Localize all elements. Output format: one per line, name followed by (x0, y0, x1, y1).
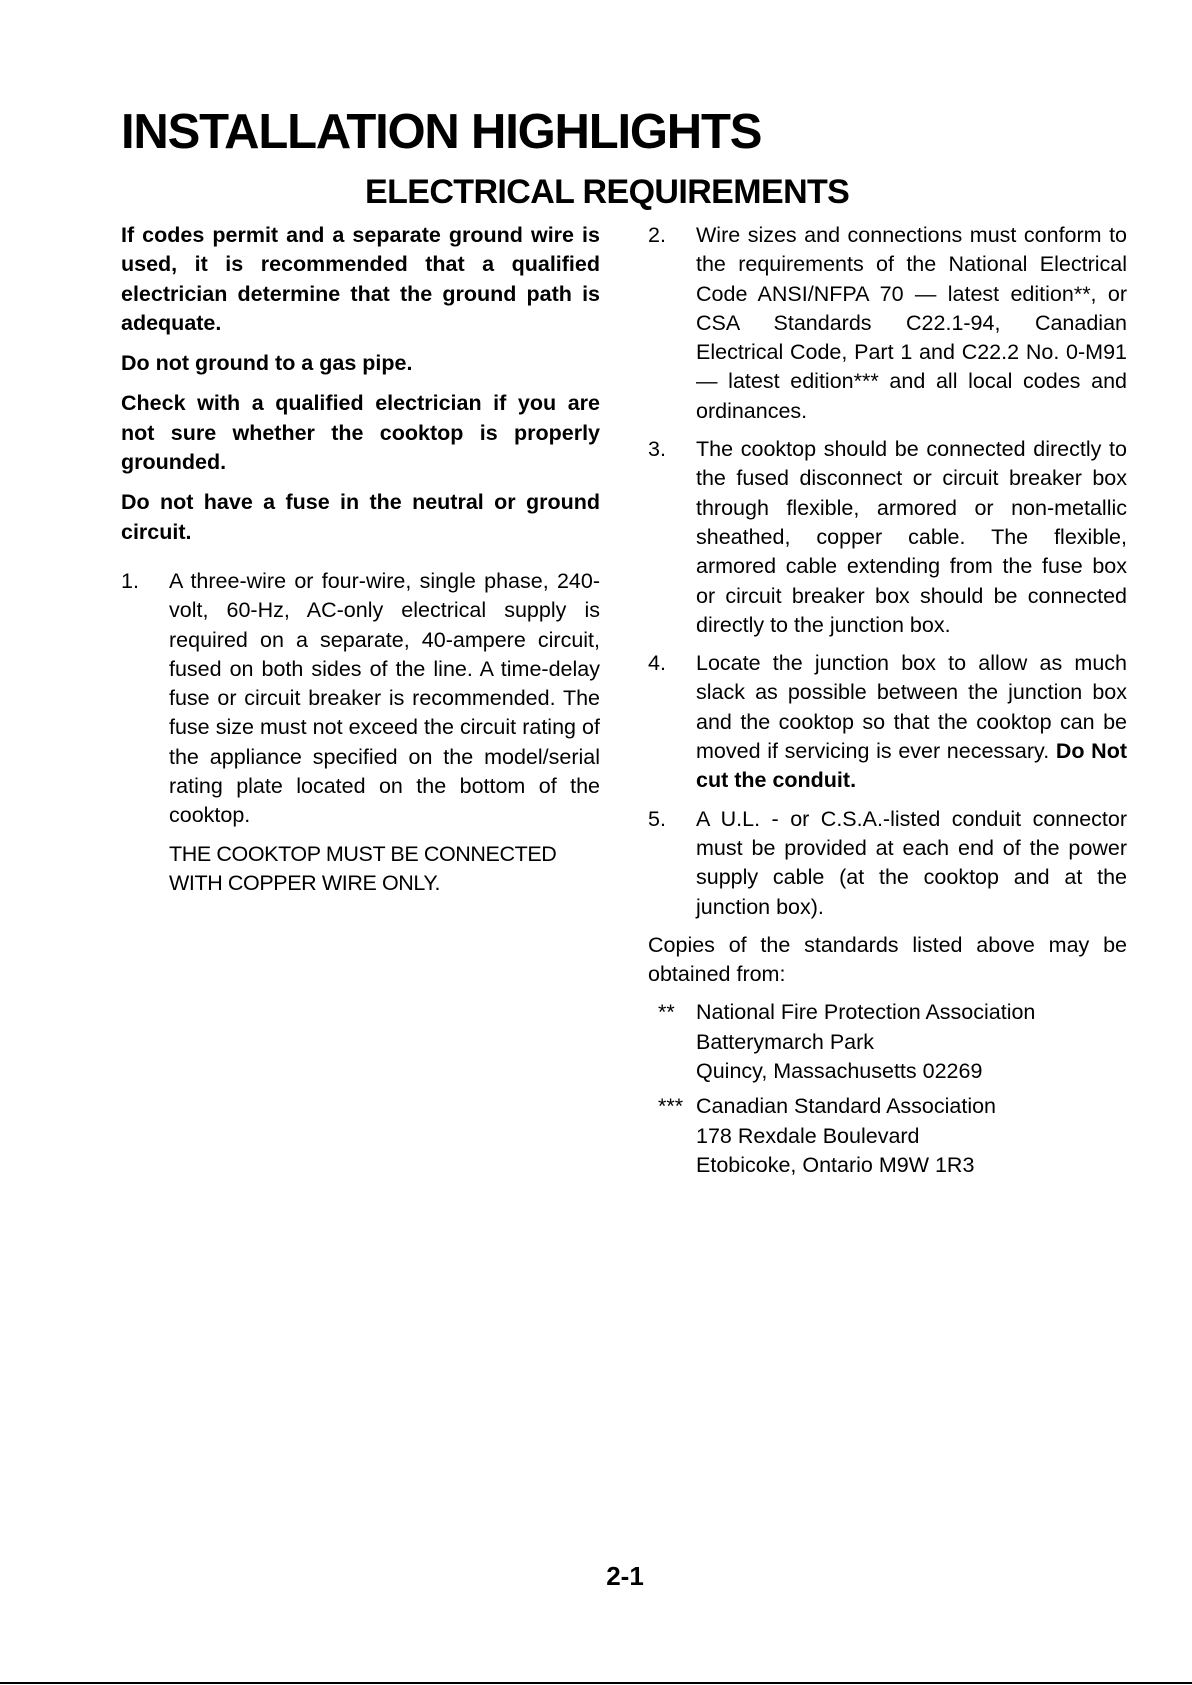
list-number: 5. (648, 805, 666, 834)
right-column: 2. Wire sizes and connections must confo… (648, 221, 1127, 1186)
footnote-mark: *** (658, 1092, 683, 1121)
section-title: ELECTRICAL REQUIREMENTS (365, 172, 849, 212)
warning-check-electrician: Check with a qualified electrician if yo… (121, 389, 600, 477)
list-item-text: A U.L. - or C.S.A.-listed conduit connec… (696, 805, 1127, 922)
list-item-text: Wire sizes and connections must conform … (696, 221, 1127, 426)
list-number: 4. (648, 649, 666, 678)
address-csa: *** Canadian Standard Association 178 Re… (648, 1092, 1127, 1180)
list-number: 1. (121, 567, 139, 596)
copies-text: Copies of the standards listed above may… (648, 931, 1127, 990)
list-number: 3. (648, 435, 666, 464)
list-item-1: 1. A three-wire or four-wire, single pha… (121, 567, 600, 898)
address-line: 178 Rexdale Boulevard (696, 1122, 1127, 1151)
address-line: Batterymarch Park (696, 1028, 1127, 1057)
address-line: National Fire Protection Association (696, 998, 1127, 1027)
footnote-mark: ** (658, 998, 675, 1027)
address-line: Quincy, Massachusetts 02269 (696, 1057, 1127, 1086)
warning-gas-pipe: Do not ground to a gas pipe. (121, 349, 600, 378)
address-line: Canadian Standard Association (696, 1092, 1127, 1121)
list-item-text-wrapper: Locate the junction box to allow as much… (696, 649, 1127, 795)
bottom-divider (0, 1682, 1192, 1684)
page-number: 2-1 (0, 1560, 1192, 1592)
left-column: If codes permit and a separate ground wi… (121, 221, 600, 907)
list-item-4: 4. Locate the junction box to allow as m… (648, 649, 1127, 795)
page-title: INSTALLATION HIGHLIGHTS (121, 104, 761, 160)
list-item-text: The cooktop should be connected directly… (696, 435, 1127, 640)
list-item-2: 2. Wire sizes and connections must confo… (648, 221, 1127, 426)
address-line: Etobicoke, Ontario M9W 1R3 (696, 1151, 1127, 1180)
copper-wire-note: THE COOKTOP MUST BE CONNECTED WITH COPPE… (169, 840, 600, 899)
address-nfpa: ** National Fire Protection Association … (648, 998, 1127, 1086)
list-item-text: A three-wire or four-wire, single phase,… (169, 567, 600, 831)
list-item-3: 3. The cooktop should be connected direc… (648, 435, 1127, 640)
warning-ground-path: If codes permit and a separate ground wi… (121, 221, 600, 338)
list-number: 2. (648, 221, 666, 250)
list-item-5: 5. A U.L. - or C.S.A.-listed conduit con… (648, 805, 1127, 922)
warning-no-fuse-neutral: Do not have a fuse in the neutral or gro… (121, 488, 600, 547)
